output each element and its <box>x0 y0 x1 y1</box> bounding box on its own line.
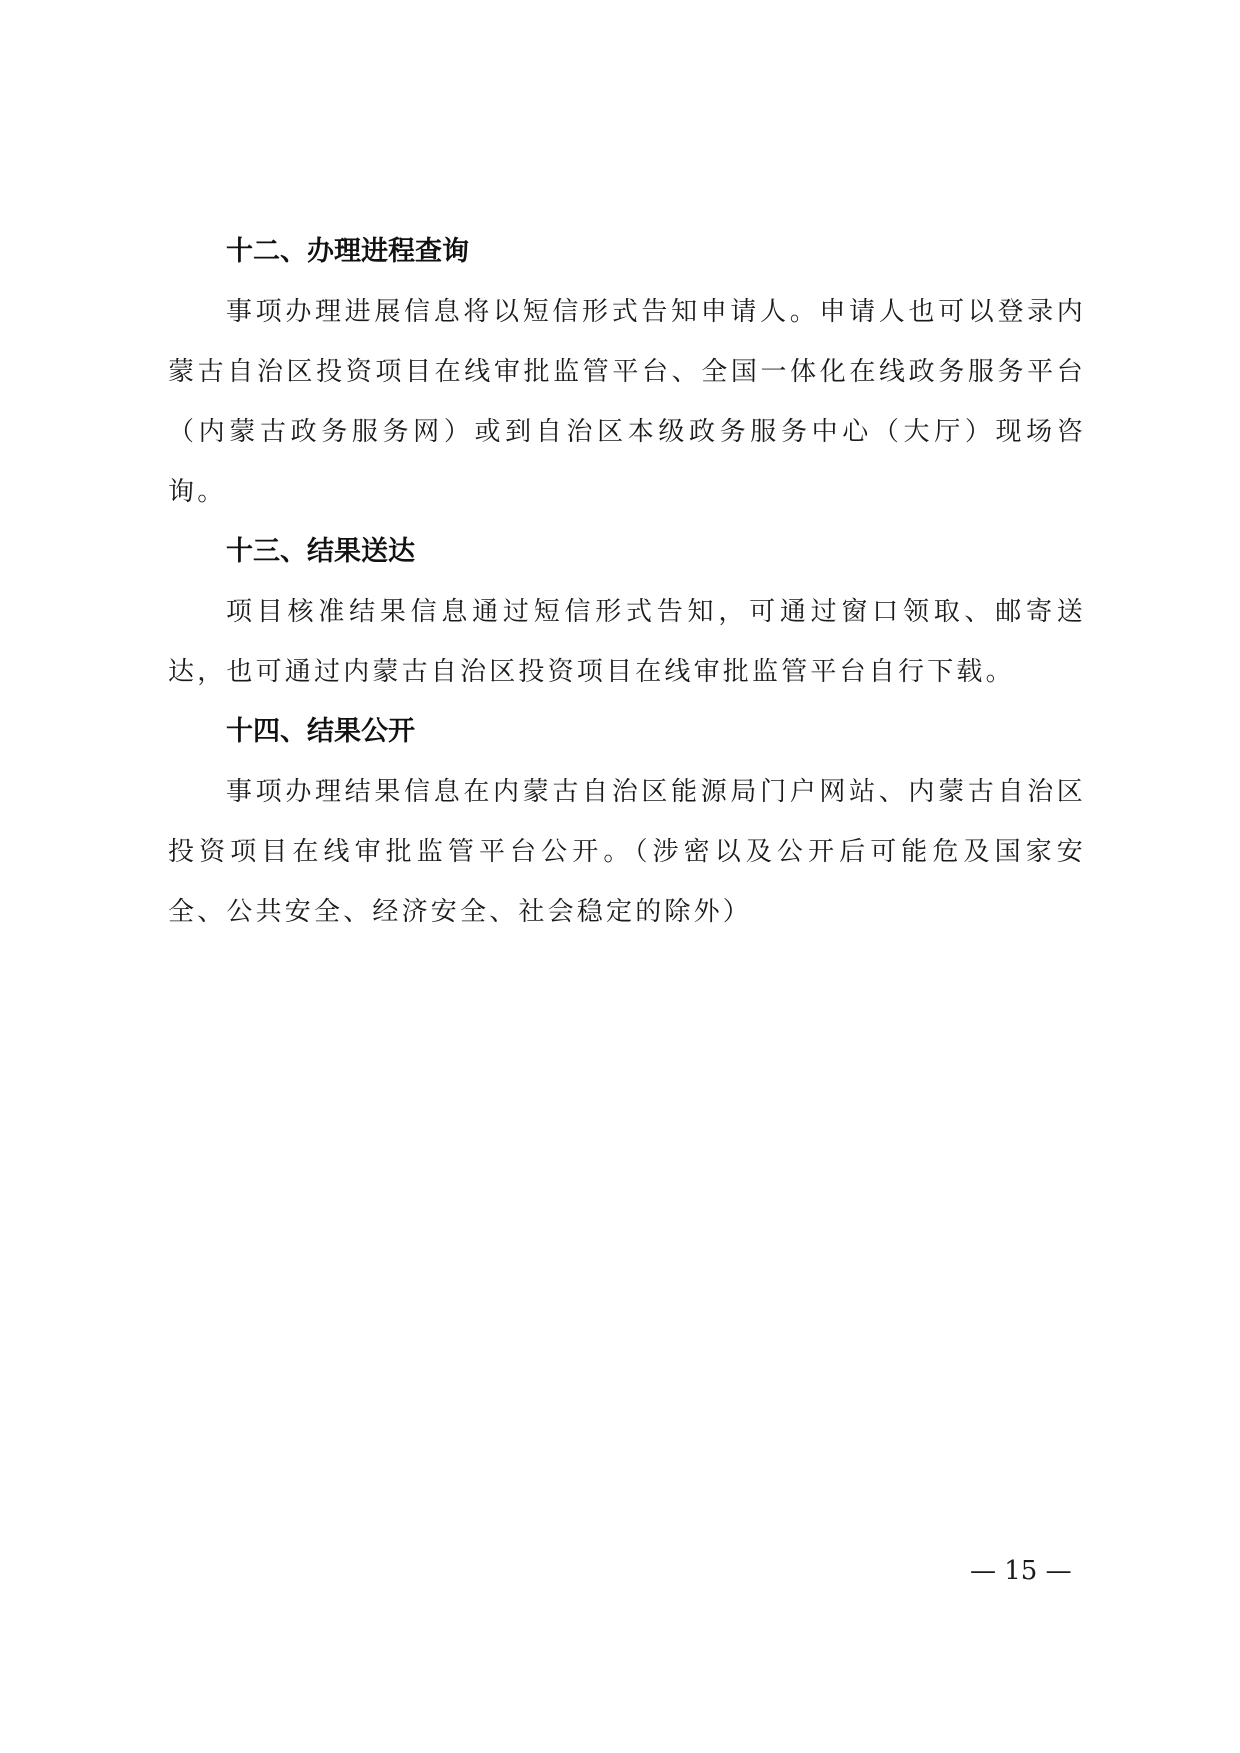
page-number: — 15 — <box>970 1556 1090 1586</box>
section-heading: 十三、结果送达 <box>168 522 1086 582</box>
section-progress-query: 十二、办理进程查询 事项办理进展信息将以短信形式告知申请人。申请人也可以登录内蒙… <box>168 222 1086 522</box>
section-result-disclosure: 十四、结果公开 事项办理结果信息在内蒙古自治区能源局门户网站、内蒙古自治区投资项… <box>168 702 1086 942</box>
section-heading: 十四、结果公开 <box>168 702 1086 762</box>
section-heading: 十二、办理进程查询 <box>168 222 1086 282</box>
section-body: 事项办理进展信息将以短信形式告知申请人。申请人也可以登录内蒙古自治区投资项目在线… <box>168 282 1086 522</box>
section-result-delivery: 十三、结果送达 项目核准结果信息通过短信形式告知，可通过窗口领取、邮寄送达，也可… <box>168 522 1086 702</box>
section-body: 事项办理结果信息在内蒙古自治区能源局门户网站、内蒙古自治区投资项目在线审批监管平… <box>168 762 1086 942</box>
document-page: 十二、办理进程查询 事项办理进展信息将以短信形式告知申请人。申请人也可以登录内蒙… <box>168 222 1086 942</box>
section-body: 项目核准结果信息通过短信形式告知，可通过窗口领取、邮寄送达，也可通过内蒙古自治区… <box>168 582 1086 702</box>
